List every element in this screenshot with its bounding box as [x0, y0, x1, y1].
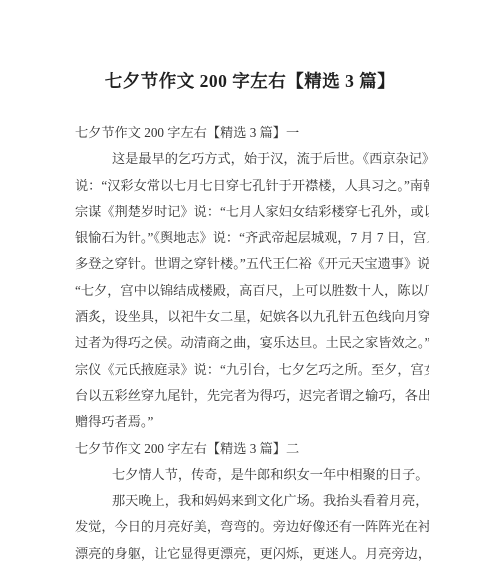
text-line: 宗仪《元氏掖庭录》说：“九引台，七夕乞巧之所。至夕，宫女登	[75, 357, 429, 383]
text-line: 多登之穿针。世谓之穿针楼。”五代王仁裕《开元天宝遗事》说：	[75, 251, 429, 277]
text-line: 台以五彩丝穿九尾针，先完者为得巧，迟完者谓之输巧，各出资以	[75, 383, 429, 409]
document-page: 七夕节作文 200 字左右【精选 3 篇】 七夕节作文 200 字左右【精选 3…	[0, 0, 500, 565]
text-line: “七夕，宫中以锦结成楼殿，高百尺，上可以胜数十人，陈以瓜果	[75, 278, 429, 304]
text-line: 那天晚上，我和妈妈来到文化广场。我抬头看着月亮，突然	[75, 488, 429, 514]
section-heading: 七夕节作文 200 字左右【精选 3 篇】二	[75, 436, 429, 462]
text-line: 漂亮的身躯，让它显得更漂亮，更闪烁，更迷人。月亮旁边，一群	[75, 541, 429, 565]
text-line: 发觉，今日的月亮好美，弯弯的。旁边好像还有一阵阵光在衬托它	[75, 514, 429, 540]
document-title: 七夕节作文 200 字左右【精选 3 篇】	[0, 68, 500, 93]
text-line: 宗谋《荆楚岁时记》说：“七月人家妇女结彩楼穿七孔外，或以金	[75, 199, 429, 225]
text-line: 说：“汉彩女常以七月七日穿七孔针于开襟楼，人具习之。”南朝梁	[75, 173, 429, 199]
section-heading: 七夕节作文 200 字左右【精选 3 篇】一	[75, 120, 429, 146]
text-line: 七夕情人节，传奇，是牛郎和织女一年中相聚的日子。	[75, 462, 429, 488]
text-line: 这是最早的乞巧方式，始于汉，流于后世。《西京杂记》	[75, 146, 429, 172]
document-body: 七夕节作文 200 字左右【精选 3 篇】一这是最早的乞巧方式，始于汉，流于后世…	[75, 120, 429, 565]
text-line: 银愉石为针。”《舆地志》说：“齐武帝起层城观，7 月 7 日，宫人	[75, 225, 429, 251]
text-line: 赠得巧者焉。”	[75, 409, 429, 435]
text-line: 酒炙，设坐具，以祀牛女二星，妃嫔各以九孔针五色线向月穿之，	[75, 304, 429, 330]
text-line: 过者为得巧之侯。动清商之曲，宴乐达旦。土民之家皆效之。”元陶	[75, 330, 429, 356]
